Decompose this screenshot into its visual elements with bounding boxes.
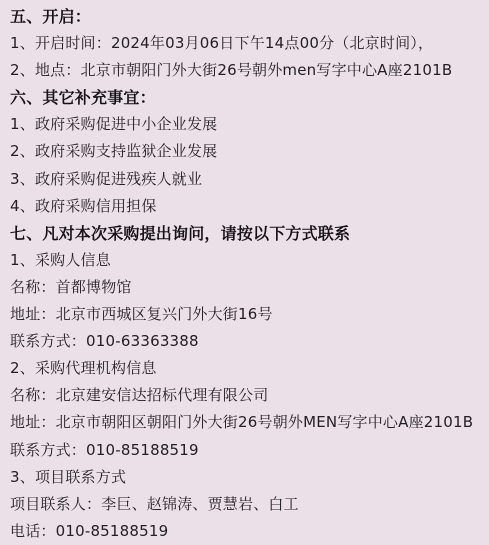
purchaser-address-line: 地址：北京市西城区复兴门外大街16号: [10, 301, 477, 328]
purchaser-info-subheading: 1、采购人信息: [10, 247, 477, 274]
section-supplementary-heading: 六、其它补充事宜：: [10, 84, 477, 111]
purchaser-name-line: 名称：首都博物馆: [10, 274, 477, 301]
opening-location-line: 2、地点：北京市朝阳门外大街26号朝外men写字中心A座2101B: [10, 57, 477, 84]
project-contacts-line: 项目联系人：李巨、赵锦涛、贾慧岩、白工: [10, 491, 477, 518]
agency-address-line: 地址：北京市朝阳区朝阳门外大街26号朝外MEN写字中心A座2101B: [10, 409, 477, 436]
supplementary-item-disabled-employment: 3、政府采购促进残疾人就业: [10, 166, 477, 193]
section-contact-heading: 七、凡对本次采购提出询问，请按以下方式联系: [10, 220, 477, 247]
section-opening-heading: 五、开启：: [10, 3, 477, 30]
supplementary-item-credit-guarantee: 4、政府采购信用担保: [10, 193, 477, 220]
project-contact-subheading: 3、项目联系方式: [10, 464, 477, 491]
procurement-notice-document: 五、开启： 1、开启时间：2024年03月06日下午14点00分（北京时间）， …: [0, 0, 489, 545]
supplementary-item-prison-enterprise: 2、政府采购支持监狱企业发展: [10, 138, 477, 165]
supplementary-item-sme: 1、政府采购促进中小企业发展: [10, 111, 477, 138]
agency-name-line: 名称：北京建安信达招标代理有限公司: [10, 382, 477, 409]
project-phone-line: 电话：010-85188519: [10, 518, 477, 545]
agency-info-subheading: 2、采购代理机构信息: [10, 355, 477, 382]
agency-phone-line: 联系方式：010-85188519: [10, 437, 477, 464]
opening-time-line: 1、开启时间：2024年03月06日下午14点00分（北京时间），: [10, 30, 477, 57]
purchaser-phone-line: 联系方式：010-63363388: [10, 328, 477, 355]
